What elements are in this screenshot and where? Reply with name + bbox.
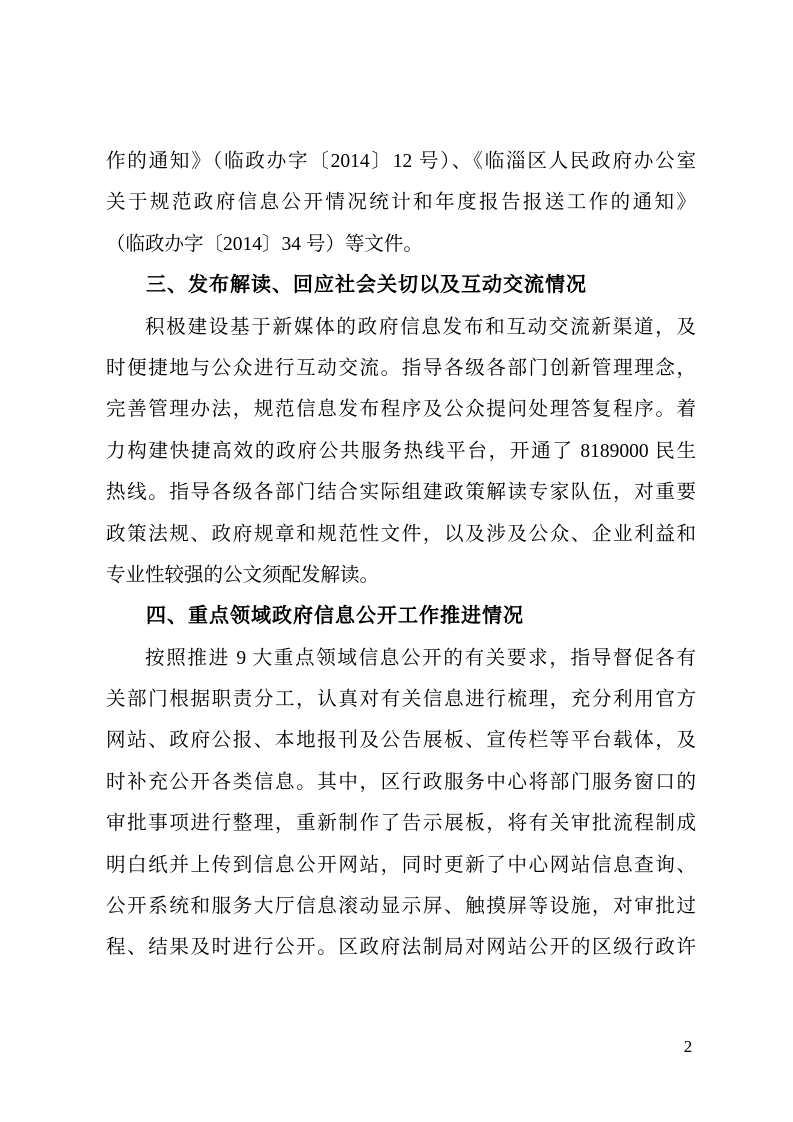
section-heading-three: 三、发布解读、回应社会关切以及互动交流情况: [106, 265, 696, 306]
text-line: 关于规范政府信息公开情况统计和年度报告报送工作的通知》: [106, 182, 696, 223]
section-heading-four: 四、重点领域政府信息公开工作推进情况: [106, 596, 696, 637]
text-line: 积极建设基于新媒体的政府信息发布和互动交流新渠道，及: [106, 307, 696, 348]
text-line: 力构建快捷高效的政府公共服务热线平台，开通了 8189000 民生: [106, 431, 696, 472]
text-line: 关部门根据职责分工，认真对有关信息进行梳理，充分利用官方: [106, 679, 696, 720]
text-line: 完善管理办法，规范信息发布程序及公众提问处理答复程序。着: [106, 389, 696, 430]
text-line: 网站、政府公报、本地报刊及公告展板、宣传栏等平台载体，及: [106, 720, 696, 761]
text-line: 时便捷地与公众进行互动交流。指导各级各部门创新管理理念，: [106, 348, 696, 389]
text-line: 程、结果及时进行公开。区政府法制局对网站公开的区级行政许: [106, 927, 696, 968]
text-block: 作的通知》（临政办字〔2014〕12 号）、《临淄区人民政府办公室 关于规范政府…: [106, 141, 696, 969]
text-line: 作的通知》（临政办字〔2014〕12 号）、《临淄区人民政府办公室: [106, 141, 696, 182]
document-page: 作的通知》（临政办字〔2014〕12 号）、《临淄区人民政府办公室 关于规范政府…: [0, 0, 793, 1122]
text-line: 明白纸并上传到信息公开网站，同时更新了中心网站信息查询、: [106, 845, 696, 886]
text-line: 热线。指导各级各部门结合实际组建政策解读专家队伍，对重要: [106, 472, 696, 513]
text-line: 专业性较强的公文须配发解读。: [106, 555, 696, 596]
text-line: 公开系统和服务大厅信息滚动显示屏、触摸屏等设施，对审批过: [106, 886, 696, 927]
text-line: 政策法规、政府规章和规范性文件，以及涉及公众、企业利益和: [106, 514, 696, 555]
text-line: （临政办字〔2014〕34 号）等文件。: [106, 224, 696, 265]
text-line: 时补充公开各类信息。其中，区行政服务中心将部门服务窗口的: [106, 762, 696, 803]
page-number: 2: [676, 1036, 700, 1058]
text-line: 审批事项进行整理，重新制作了告示展板，将有关审批流程制成: [106, 803, 696, 844]
text-line: 按照推进 9 大重点领域信息公开的有关要求，指导督促各有: [106, 638, 696, 679]
